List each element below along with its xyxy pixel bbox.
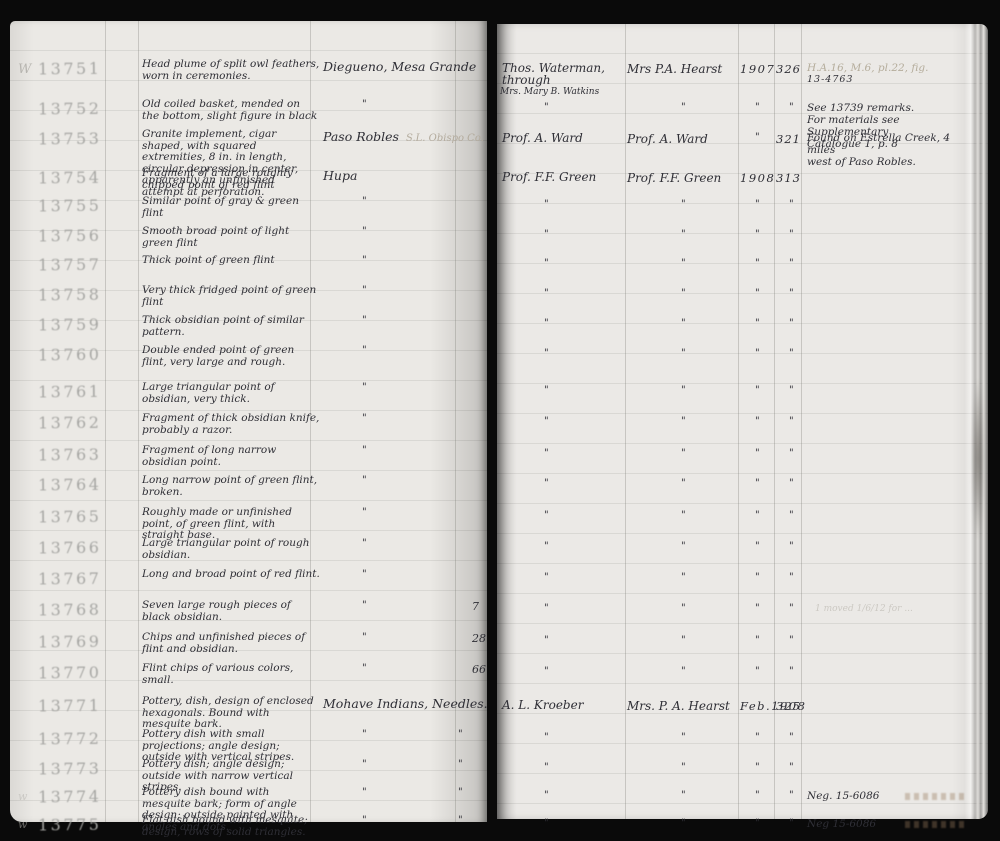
catalog-number-stamp: 13772: [38, 729, 133, 749]
ditto-mark: ": [789, 635, 817, 646]
ditto-mark: ": [544, 603, 666, 615]
ditto-mark: ": [544, 258, 666, 270]
catalog-number-stamp: 13771: [38, 696, 133, 716]
ditto-mark: ": [544, 102, 666, 114]
faint-pencil-note: 1 moved 1/6/12 for ...: [815, 604, 975, 614]
ditto-mark: ": [544, 635, 666, 647]
ditto-mark: ": [789, 541, 817, 552]
item-description: Long and broad point of red flint.: [142, 569, 320, 581]
ditto-mark: ": [458, 729, 463, 740]
ink-bleed-through-mark: [905, 793, 967, 800]
catalog-number-stamp: 13756: [38, 226, 133, 246]
catalog-number-stamp: 13758: [38, 285, 133, 305]
collector-name-line2: Mrs. Mary B. Watkins: [500, 86, 624, 98]
museum-number: 313: [776, 171, 804, 185]
catalog-number-stamp: 13766: [38, 538, 133, 558]
catalog-number-stamp: 13768: [38, 600, 133, 620]
ditto-mark: ": [755, 541, 791, 552]
museum-number: 325: [776, 699, 804, 713]
ditto-mark: ": [755, 348, 791, 359]
ditto-mark: ": [789, 666, 817, 677]
catalog-number-stamp: 13760: [38, 345, 133, 365]
ditto-mark: ": [544, 348, 666, 360]
remarks-pencil-note: H.A.16, M.6, pl.22, fig.: [807, 62, 979, 74]
ditto-mark: ": [755, 318, 791, 329]
item-description: Thick obsidian point of similar pattern.: [142, 315, 320, 338]
catalog-number-stamp: 13763: [38, 445, 133, 465]
catalog-number-stamp: 13759: [38, 315, 133, 335]
ditto-mark: ": [544, 510, 666, 522]
ditto-mark: ": [789, 603, 817, 614]
ditto-mark: ": [789, 385, 817, 396]
catalog-number-stamp: 13762: [38, 413, 133, 433]
catalog-number-stamp: 13752: [38, 99, 133, 119]
catalog-number-stamp: 13764: [38, 475, 133, 495]
catalog-number-stamp: 13761: [38, 382, 133, 402]
ditto-mark: ": [755, 448, 791, 459]
item-description: Chips and unfinished pieces of flint and…: [142, 632, 320, 655]
catalog-number-stamp: 13751: [38, 59, 133, 79]
ditto-mark: ": [544, 288, 666, 300]
donor-name: Prof. F.F. Green: [627, 171, 737, 185]
catalog-number-stamp: 13774: [38, 787, 133, 807]
item-description: Fragment of a large roughly chipped poin…: [142, 168, 320, 191]
catalog-number-stamp: 13770: [38, 663, 133, 683]
ditto-mark: ": [458, 787, 463, 798]
ditto-mark: ": [789, 762, 817, 773]
ditto-mark: ": [755, 416, 791, 427]
ditto-mark: ": [755, 478, 791, 489]
ditto-mark: ": [755, 229, 791, 240]
item-description: Large triangular point of obsidian, very…: [142, 382, 320, 405]
ditto-mark: ": [789, 510, 817, 521]
catalog-number-stamp: 13755: [38, 196, 133, 216]
item-description: Old coiled basket, mended on the bottom,…: [142, 99, 320, 122]
ditto-mark: ": [755, 199, 791, 210]
ditto-mark: ": [544, 572, 666, 584]
catalog-number-stamp: 13769: [38, 632, 133, 652]
record-date: Feb.1908: [740, 699, 776, 713]
item-description: Fragment of long narrow obsidian point.: [142, 445, 320, 468]
item-description: Head plume of split owl feathers, worn i…: [142, 59, 320, 82]
ditto-mark: ": [789, 348, 817, 359]
specimen-count: 28: [472, 632, 496, 645]
donor-name: Prof. A. Ward: [627, 132, 737, 146]
record-date: 1908: [740, 171, 776, 185]
item-description: Flat dish bound with mesquite; design, r…: [142, 815, 320, 838]
locality-pencil-note: S.L. Obispo Co.: [406, 133, 484, 144]
catalog-number-stamp: 13775: [38, 815, 133, 835]
ditto-mark: ": [755, 385, 791, 396]
remarks-line: See 13739 remarks.: [807, 102, 979, 114]
collector-name: Prof. A. Ward: [502, 132, 624, 144]
item-description: Pottery, dish, design of enclosed hexago…: [142, 696, 320, 731]
ditto-mark: ": [789, 288, 817, 299]
collector-name: A. L. Kroeber: [502, 699, 624, 711]
remarks-line: Found on Estrella Creek, 4 miles: [807, 132, 979, 156]
catalog-number-stamp: 13765: [38, 507, 133, 527]
ditto-mark: ": [544, 732, 666, 744]
remarks-line: 13-4763: [807, 74, 979, 86]
ditto-mark: ": [755, 818, 791, 829]
catalog-number-stamp: 13773: [38, 759, 133, 779]
ditto-mark: ": [755, 572, 791, 583]
locality: Paso RoblesS.L. Obispo Co.: [323, 129, 483, 144]
ditto-mark: ": [755, 603, 791, 614]
catalog-number-stamp: 13753: [38, 129, 133, 149]
specimen-count: 66: [472, 663, 496, 676]
record-date: 1907: [740, 62, 776, 76]
item-description: Similar point of gray & green flint: [142, 196, 320, 219]
ditto-mark: ": [789, 258, 817, 269]
ditto-mark: ": [789, 229, 817, 240]
item-description: Fragment of thick obsidian knife, probab…: [142, 413, 320, 436]
ditto-mark: ": [544, 448, 666, 460]
ditto-mark: ": [544, 385, 666, 397]
locality: Hupa: [323, 168, 483, 183]
ditto-mark: ": [544, 790, 666, 802]
ditto-mark: ": [544, 666, 666, 678]
ditto-mark: ": [789, 732, 817, 743]
ditto-mark: ": [789, 448, 817, 459]
ditto-mark: ": [755, 288, 791, 299]
remarks-text: H.A.16, M.6, pl.22, fig.13-4763: [807, 62, 979, 86]
collector-name: Thos. Waterman, throughMrs. Mary B. Watk…: [502, 62, 624, 98]
item-description: Large triangular point of rough obsidian…: [142, 538, 320, 561]
catalog-number-stamp: 13754: [38, 168, 133, 188]
item-description: Double ended point of green flint, very …: [142, 345, 320, 368]
ditto-mark: ": [458, 759, 463, 770]
ditto-mark: ": [755, 790, 791, 801]
ledger-left-page: W 13751 Head plume of split owl feathers…: [10, 21, 487, 822]
ledger-right-page: Thos. Waterman, throughMrs. Mary B. Watk…: [497, 24, 988, 819]
ink-bleed-through-mark: [905, 821, 967, 828]
ditto-mark: ": [544, 318, 666, 330]
column-rule: [138, 21, 139, 822]
ditto-mark: ": [544, 762, 666, 774]
ditto-mark: ": [755, 732, 791, 743]
ditto-mark: ": [755, 102, 791, 113]
ditto-mark: ": [789, 478, 817, 489]
ditto-mark: ": [789, 318, 817, 329]
collector-name: Prof. F.F. Green: [502, 171, 624, 183]
item-description: Flint chips of various colors, small.: [142, 663, 320, 686]
ditto-mark: ": [544, 818, 666, 830]
remarks-text: Found on Estrella Creek, 4 mileswest of …: [807, 132, 979, 168]
catalog-number-stamp: 13767: [38, 569, 133, 589]
ditto-mark: ": [755, 635, 791, 646]
edge-smudge: [972, 379, 984, 539]
ditto-mark: ": [544, 229, 666, 241]
item-description: Smooth broad point of light green flint: [142, 226, 320, 249]
ditto-mark: ": [755, 258, 791, 269]
pencil-prefix-mark: w: [18, 790, 27, 803]
specimen-count: 7: [472, 600, 496, 613]
ditto-mark: ": [789, 416, 817, 427]
ditto-mark: ": [789, 199, 817, 210]
catalog-number-stamp: 13757: [38, 255, 133, 275]
item-description: Long narrow point of green flint, broken…: [142, 475, 320, 498]
ditto-mark: ": [755, 762, 791, 773]
ditto-mark: ": [755, 510, 791, 521]
locality: Mohave Indians, Needles.: [323, 696, 483, 711]
museum-number: 326: [776, 62, 804, 76]
ditto-mark: ": [458, 815, 463, 826]
ditto-mark: ": [544, 416, 666, 428]
item-description: Seven large rough pieces of black obsidi…: [142, 600, 320, 623]
donor-name: Mrs P.A. Hearst: [627, 62, 737, 76]
item-description: Thick point of green flint: [142, 255, 320, 267]
ditto-mark: ": [544, 478, 666, 490]
ditto-mark: ": [789, 572, 817, 583]
ditto-mark: ": [544, 541, 666, 553]
ditto-mark: ": [755, 666, 791, 677]
pencil-prefix-mark: W: [18, 62, 31, 77]
item-description: Very thick fridged point of green flint: [142, 285, 320, 308]
pencil-prefix-mark: w: [18, 818, 27, 831]
remarks-line: west of Paso Robles.: [807, 156, 979, 168]
ditto-mark: ": [544, 199, 666, 211]
locality: Diegueno, Mesa Grande: [323, 59, 483, 74]
donor-name: Mrs. P. A. Hearst: [627, 699, 737, 713]
museum-number: 321: [776, 132, 804, 146]
